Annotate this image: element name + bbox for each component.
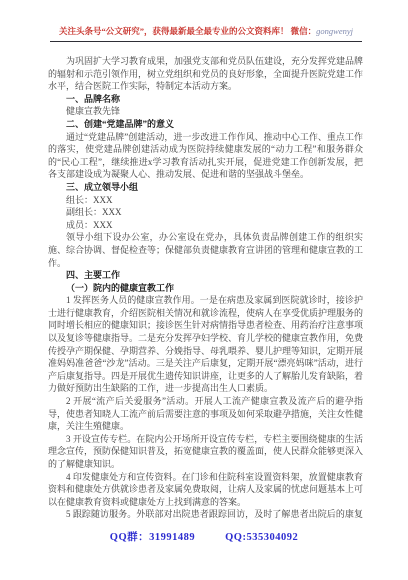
section-heading: 四、主要工作 [48,269,363,282]
paragraph: 2 开展“流产后关爱服务”活动。开展人工流产健康宣教及流产后的避孕指导，使患者知… [48,395,363,433]
paragraph: 为巩固扩大学习教育成果，加强党支部和党员队伍建设，充分发挥党建品牌的辐射和示范引… [48,55,363,93]
promo-wechat-label: 微信： [291,26,317,36]
paragraph: 组长：XXX [48,194,363,207]
paragraph: 领导小组下设办公室，办公室设在党办，具体负责品牌创建工作的组织实施、综合协调、督… [48,231,363,269]
section-heading: 三、成立领导小组 [48,181,363,194]
contact-footer: QQ群：31991489QQ:535304092 [0,529,408,544]
paragraph: 成员：XXX [48,219,363,232]
paragraph: 5 跟踪随访服务。外联部对出院患者跟踪回访，及时了解患者出院后的康复情况，并给予… [48,508,363,520]
promo-header: 关注头条号“公文研究”，获得最新最全最专业的公文资料库！ 微信：gongweny… [50,26,362,42]
paragraph: 健康宣教先锋 [48,105,363,118]
paragraph: 通过“党建品牌”创建活动，进一步改进工作作风、推动中心工作、重点工作的落实，使党… [48,131,363,181]
qq-number: 535304092 [246,532,298,543]
qq-label: QQ: [225,532,246,543]
section-heading: 一、品牌名称 [48,93,363,106]
document-page: 关注头条号“公文研究”，获得最新最全最专业的公文资料库！ 微信：gongweny… [0,0,408,580]
promo-notice-text: 关注头条号“公文研究”，获得最新最全最专业的公文资料库！ [59,26,291,36]
qq-group-label: QQ群： [110,532,149,543]
document-body: 为巩固扩大学习教育成果，加强党支部和党员队伍建设，充分发挥党建品牌的辐射和示范引… [48,55,363,520]
paragraph: 副组长：XXX [48,206,363,219]
qq-group-number: 31991489 [149,532,195,543]
paragraph: 3 开设宣传专栏。在院内公开场所开设宣传专栏，专栏主要围绕健康的生活理念宣传，预… [48,433,363,471]
section-heading: 二、创建“党建品牌”的意义 [48,118,363,131]
promo-wechat-id: gongwenyj [316,26,353,36]
section-heading: （一）院内的健康宣教工作 [48,282,363,295]
paragraph: 1 发挥医务人员的健康宣教作用。一是在病患及家属到医院就诊时，接诊护士进行健康教… [48,294,363,395]
paragraph: 4 印发健康处方和宣传资料。在门诊和住院科室设置资料架，放置健康教育资料和健康处… [48,471,363,509]
